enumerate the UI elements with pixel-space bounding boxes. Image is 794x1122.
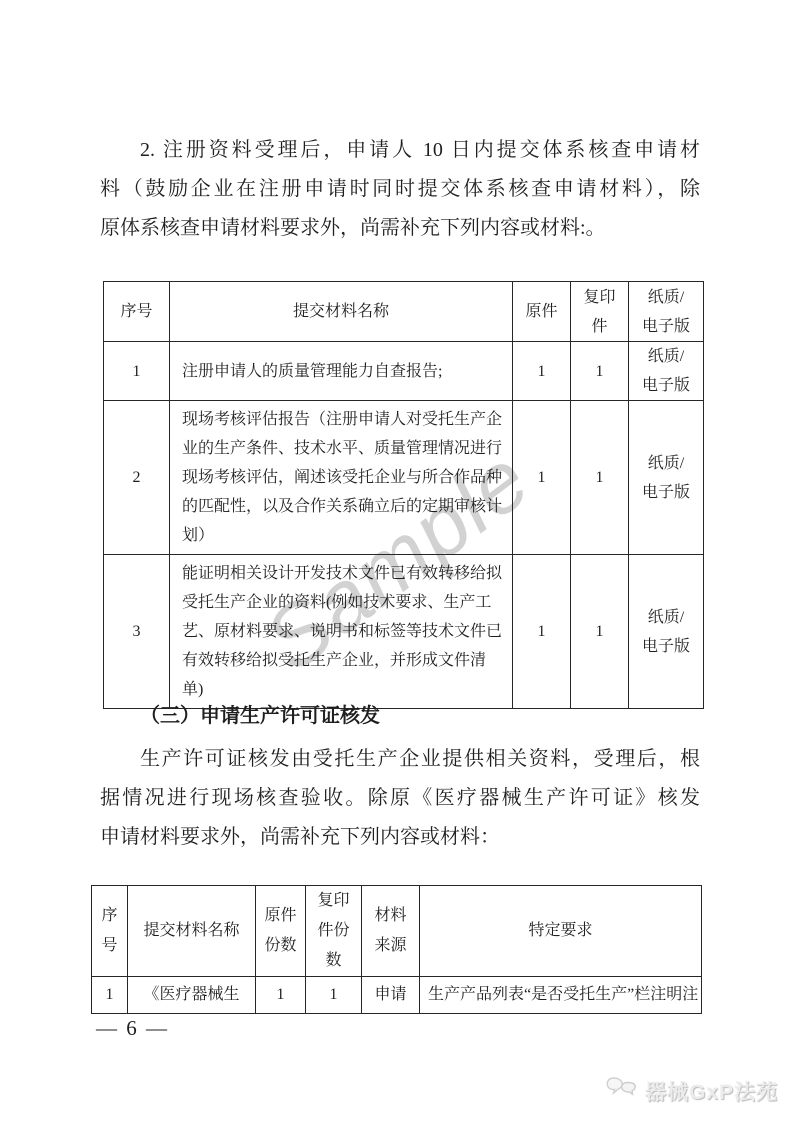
table2-row1-material-source: 申请 <box>362 977 420 1014</box>
table1-row1-material-name: 注册申请人的质量管理能力自查报告; <box>170 342 513 401</box>
table1-row1-format: 纸质/电子版 <box>629 342 704 401</box>
table1-row3-seq: 3 <box>104 555 170 709</box>
table1-row-3: 3 能证明相关设计开发技术文件已有效转移给拟受托生产企业的资料(例如技术要求、生… <box>104 555 704 709</box>
table1-row1-original: 1 <box>513 342 571 401</box>
intro-paragraph-line-3: 原体系核查申请材料要求外，尚需补充下列内容或材料:。 <box>100 209 700 248</box>
page-number: — 6 — <box>96 1016 169 1041</box>
table2-row1-duplicate-copies: 1 <box>306 977 362 1014</box>
table1-header-copy: 复印件 <box>571 282 629 342</box>
table2-header-row: 序号 提交材料名称 原件份数 复印件份数 材料来源 特定要求 <box>92 886 702 977</box>
document-page: Sample 2. 注册资料受理后，申请人 10 日内提交体系核查申请材 料（鼓… <box>0 0 794 1122</box>
chat-bubbles-icon <box>605 1076 639 1107</box>
section-heading: （三）申请生产许可证核发 <box>100 701 740 731</box>
brand-logo-text: 器械GxP法苑 <box>645 1076 778 1106</box>
section-paragraph-line-1: 生产许可证核发由受托生产企业提供相关资料，受理后，根 <box>100 740 700 779</box>
table1-row1-copy: 1 <box>571 342 629 401</box>
intro-paragraph: 2. 注册资料受理后，申请人 10 日内提交体系核查申请材 料（鼓励企业在注册申… <box>100 131 700 248</box>
table1-row1-seq: 1 <box>104 342 170 401</box>
table2-header-material-name: 提交材料名称 <box>128 886 256 977</box>
section-paragraph-line-2: 据情况进行现场核查验收。除原《医疗器械生产许可证》核发 <box>100 779 700 818</box>
table2-header-seq: 序号 <box>92 886 128 977</box>
table1-row2-seq: 2 <box>104 401 170 555</box>
content-layer: 2. 注册资料受理后，申请人 10 日内提交体系核查申请材 料（鼓励企业在注册申… <box>0 0 794 1122</box>
brand-logo: 器械GxP法苑 <box>605 1076 778 1106</box>
table2-header-original-copies: 原件份数 <box>256 886 306 977</box>
intro-paragraph-line-1: 2. 注册资料受理后，申请人 10 日内提交体系核查申请材 <box>100 131 700 170</box>
license-materials-table: 序号 提交材料名称 原件份数 复印件份数 材料来源 特定要求 1 《医疗器械生 … <box>91 885 702 1014</box>
table1-header-material-name: 提交材料名称 <box>170 282 513 342</box>
table1-row3-original: 1 <box>513 555 571 709</box>
section-paragraph: 生产许可证核发由受托生产企业提供相关资料，受理后，根 据情况进行现场核查验收。除… <box>100 740 700 857</box>
system-check-materials-table: 序号 提交材料名称 原件 复印件 纸质/电子版 1 注册申请人的质量管理能力自查… <box>103 281 704 709</box>
table2-row1-material-name: 《医疗器械生 <box>128 977 256 1014</box>
table2-row-1: 1 《医疗器械生 1 1 申请 生产产品列表“是否受托生产”栏注明注 <box>92 977 702 1014</box>
section-paragraph-line-3: 申请材料要求外，尚需补充下列内容或材料： <box>100 818 700 857</box>
table1-header-format: 纸质/电子版 <box>629 282 704 342</box>
intro-paragraph-line-2: 料（鼓励企业在注册申请时同时提交体系核查申请材料），除 <box>100 170 700 209</box>
table1-row-2: 2 现场考核评估报告（注册申请人对受托生产企业的生产条件、技术水平、质量管理情况… <box>104 401 704 555</box>
table1-row-1: 1 注册申请人的质量管理能力自查报告; 1 1 纸质/电子版 <box>104 342 704 401</box>
table2-header-duplicate-copies: 复印件份数 <box>306 886 362 977</box>
table1-row2-copy: 1 <box>571 401 629 555</box>
table1-header-seq: 序号 <box>104 282 170 342</box>
table1-header-original: 原件 <box>513 282 571 342</box>
table1-row2-format: 纸质/电子版 <box>629 401 704 555</box>
table1-row3-copy: 1 <box>571 555 629 709</box>
table2-row1-specific-requirements: 生产产品列表“是否受托生产”栏注明注 <box>420 977 702 1014</box>
table1-row2-material-name: 现场考核评估报告（注册申请人对受托生产企业的生产条件、技术水平、质量管理情况进行… <box>170 401 513 555</box>
table2-row1-original-copies: 1 <box>256 977 306 1014</box>
table1-row3-format: 纸质/电子版 <box>629 555 704 709</box>
table2-header-material-source: 材料来源 <box>362 886 420 977</box>
table2-row1-seq: 1 <box>92 977 128 1014</box>
table2-header-specific-requirements: 特定要求 <box>420 886 702 977</box>
table1-header-row: 序号 提交材料名称 原件 复印件 纸质/电子版 <box>104 282 704 342</box>
table1-row2-original: 1 <box>513 401 571 555</box>
table1-row3-material-name: 能证明相关设计开发技术文件已有效转移给拟受托生产企业的资料(例如技术要求、生产工… <box>170 555 513 709</box>
